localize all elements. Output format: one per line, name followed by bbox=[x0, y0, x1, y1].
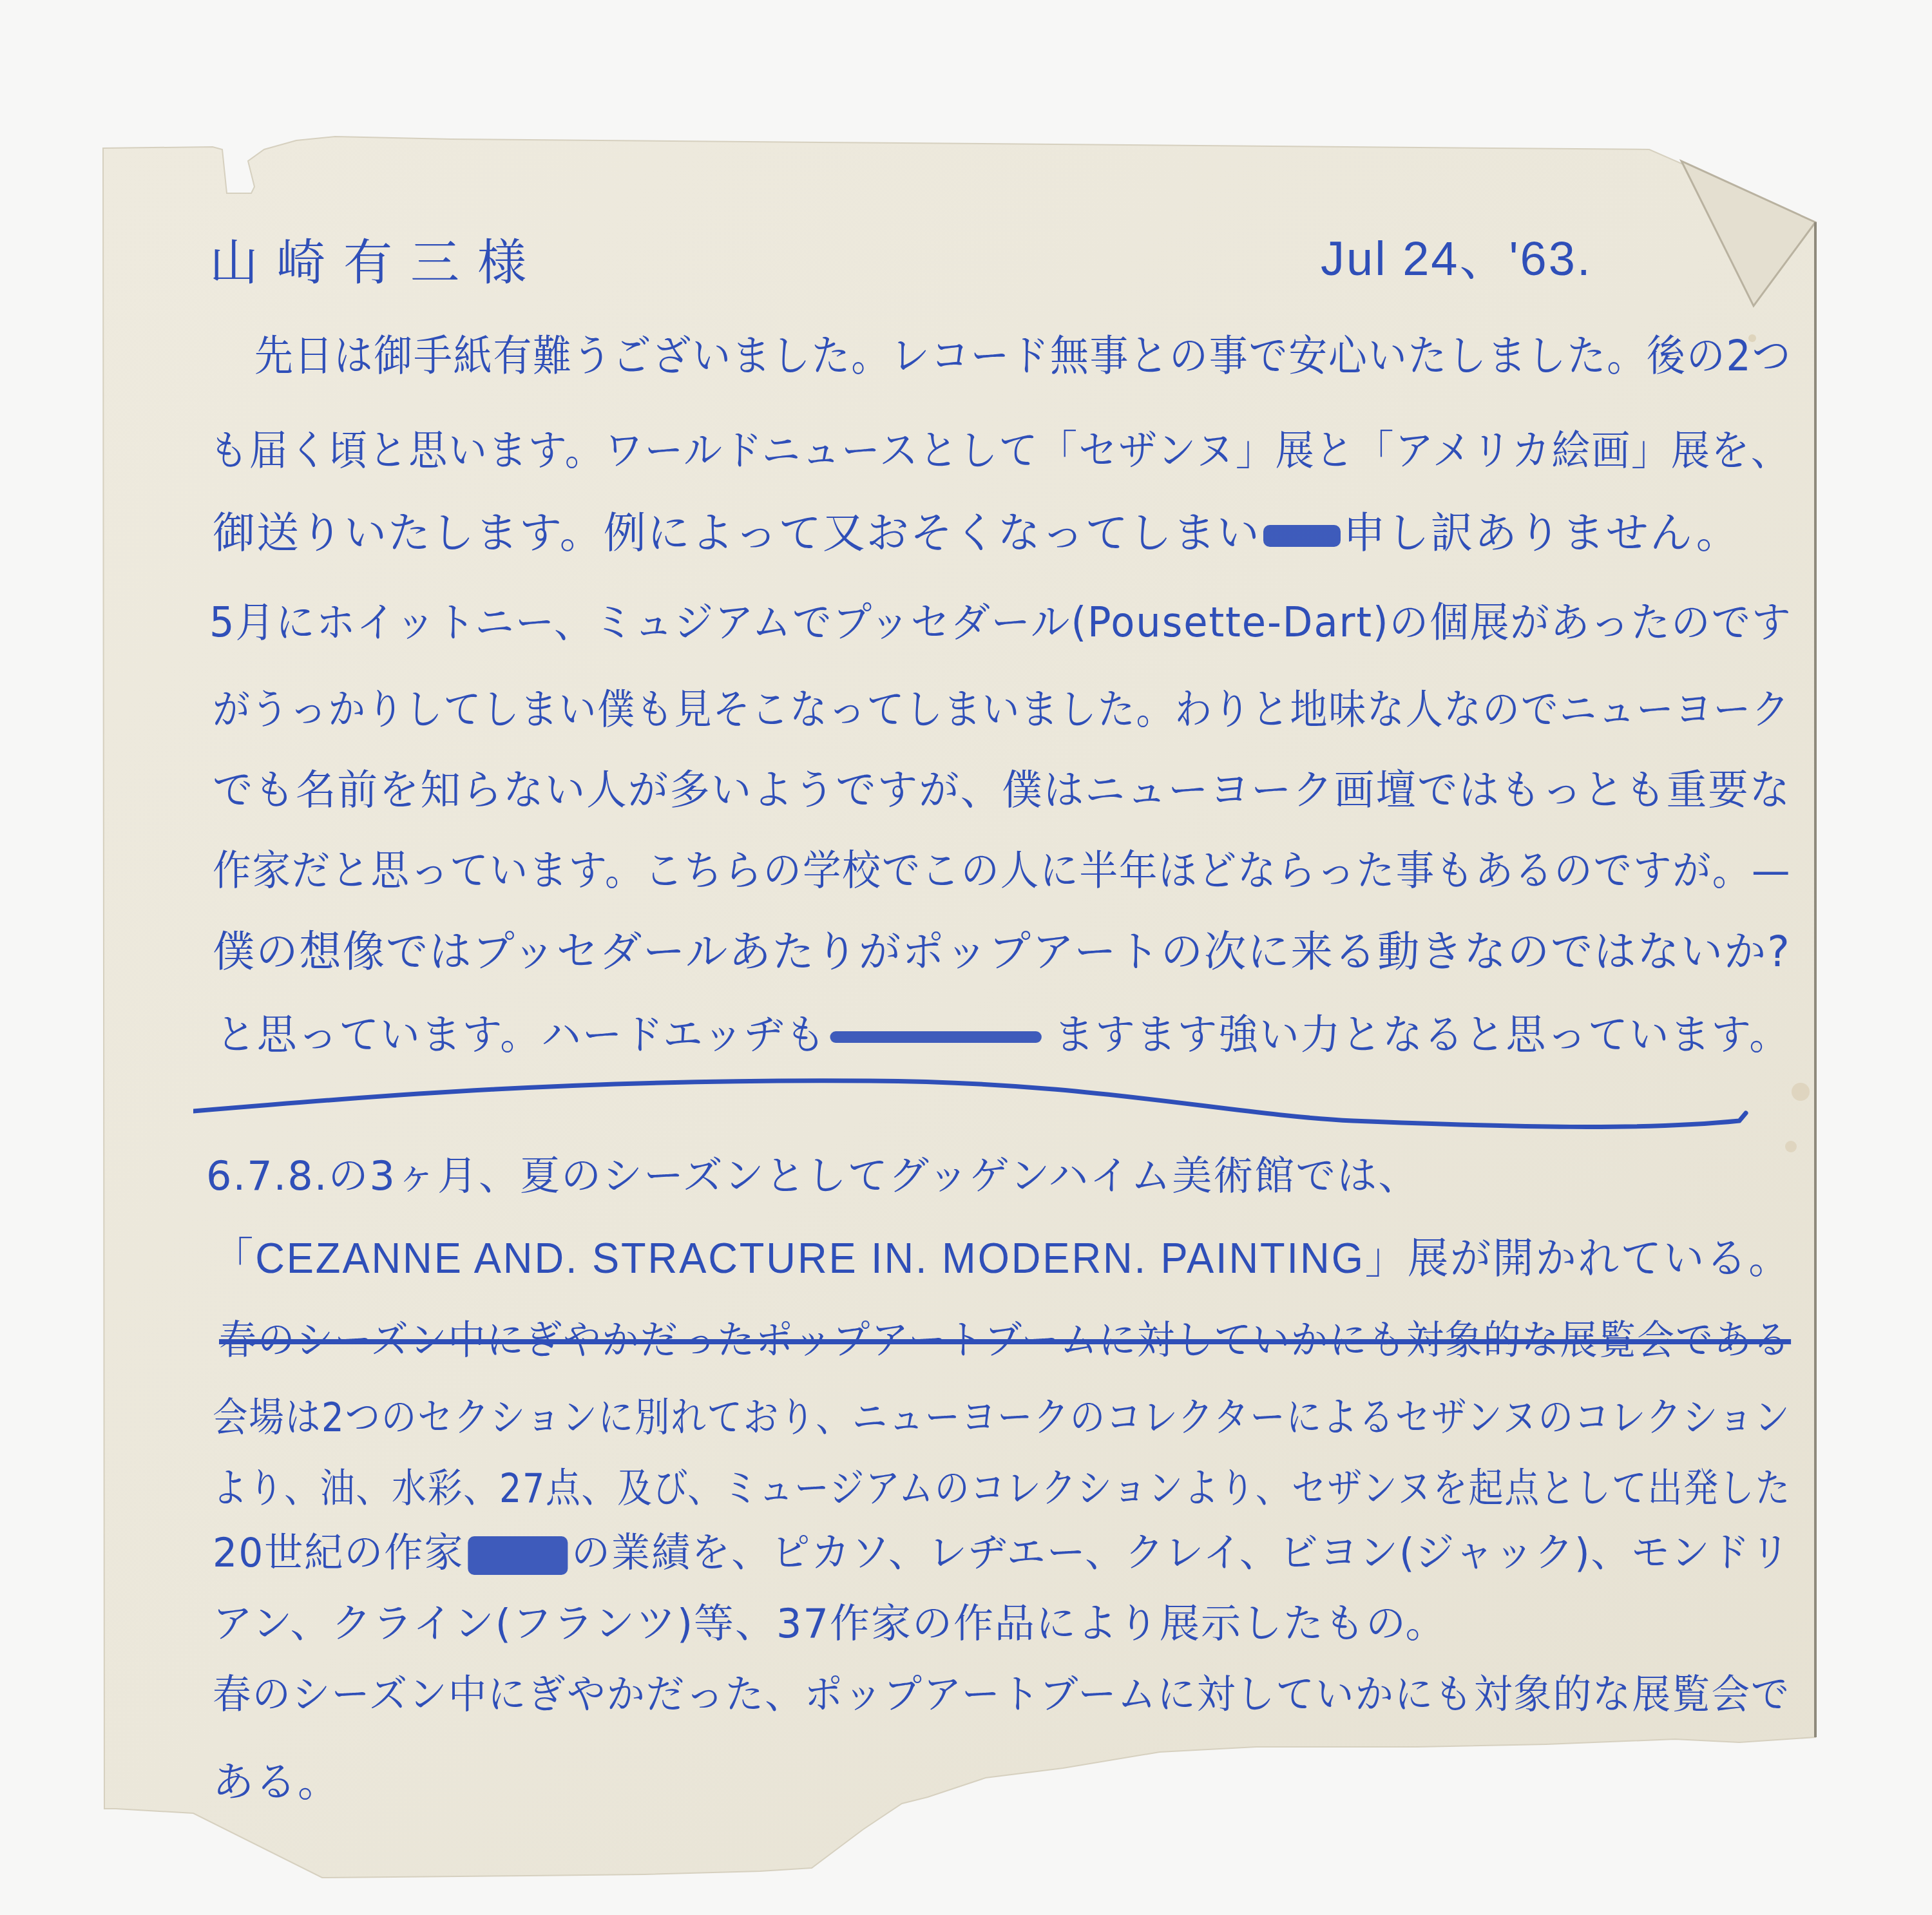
body-line-9-end: ますます強い力となると思っています。 bbox=[1054, 1011, 1790, 1059]
body2-line-1: 6.7.8.の3ヶ月、夏のシーズンとしてグッゲンハイム美術館では、 bbox=[206, 1156, 1419, 1196]
body-line-9: と思っています。ハードエッヂもますます強い力となると思っています。 bbox=[216, 1015, 1790, 1056]
body2-crossed-out-line: 春のシーズン中にぎやかだったポップアートブームに対していかにも対象的な展覧会であ… bbox=[219, 1320, 1791, 1360]
body2-line-5-end: の業績を、ピカソ、レヂエー、クレイ、ビヨン(ジャック)、モンドリ bbox=[571, 1529, 1791, 1576]
body2-line-2-exhibition-title: 「CEZANNE AND. STRACTURE IN. MODERN. PAIN… bbox=[213, 1237, 1791, 1279]
body-line-1: 先日は御手紙有難うございました。レコード無事との事で安心いたしました。後の2つ bbox=[254, 335, 1792, 377]
body2-line-7: 春のシーズン中にぎやかだった、ポップアートブームに対していかにも対象的な展覧会で bbox=[213, 1675, 1790, 1715]
letter-content: 山崎有三様 Jul 24、'63. 先日は御手紙有難うございました。レコード無事… bbox=[0, 0, 1932, 1915]
body-line-3: 御送りいたします。例によって又おそくなってしまい申し訳ありません。 bbox=[213, 512, 1740, 555]
body2-line-6: アン、クライン(フランツ)等、37作家の作品により展示したもの。 bbox=[213, 1604, 1447, 1644]
body-line-6: でも名前を知らない人が多いようですが、僕はニューヨーク画壇ではもっとも重要な bbox=[213, 770, 1791, 811]
body-line-9-text: と思っています。ハードエッヂも bbox=[216, 1011, 827, 1059]
body-line-7: 作家だと思っています。こちらの学校でこの人に半年ほどならった事もあるのですが。— bbox=[213, 850, 1791, 891]
body-line-3-end: 申し訳ありません。 bbox=[1343, 508, 1740, 558]
body2-line-3: 会場は2つのセクションに別れており、ニューヨークのコレクターによるセザンヌのコレ… bbox=[213, 1398, 1791, 1438]
body-line-2: も届く頃と思います。ワールドニュースとして「セザンヌ」展と「アメリカ絵画」展を、 bbox=[209, 430, 1790, 472]
letter-date: Jul 24、'63. bbox=[1321, 235, 1592, 283]
struck-out-phrase bbox=[830, 1031, 1041, 1043]
body-line-4: 5月にホイットニー、ミュジアムでプッセダール(Pousette-Dart)の個展… bbox=[209, 602, 1792, 643]
body-line-3-text: 御送りいたします。例によって又おそくなってしまい bbox=[213, 508, 1261, 558]
body2-line-5: 20世紀の作家の業績を、ピカソ、レヂエー、クレイ、ビヨン(ジャック)、モンドリ bbox=[213, 1533, 1791, 1575]
scribbled-out-word bbox=[1263, 525, 1341, 547]
body-line-8: 僕の想像ではプッセダールあたりがポップアートの次に来る動きなのではないか? bbox=[213, 931, 1791, 973]
addressee: 山崎有三様 bbox=[209, 238, 544, 287]
body2-line-5-text: 20世紀の作家 bbox=[213, 1529, 464, 1576]
body2-line-4: より、油、水彩、27点、及び、ミュージアムのコレクションより、セザンヌを起点とし… bbox=[213, 1469, 1791, 1509]
body-line-5: がうっかりしてしまい僕も見そこなってしまいました。わりと地味な人なのでニューヨー… bbox=[213, 689, 1790, 730]
body2-line-8: ある。 bbox=[213, 1762, 340, 1803]
section-divider bbox=[193, 1076, 1752, 1134]
scribbled-out-word-2 bbox=[468, 1536, 568, 1575]
